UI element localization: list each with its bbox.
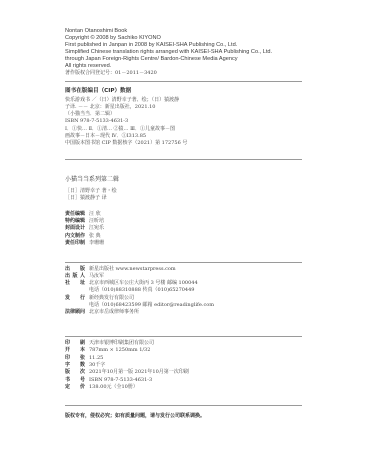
staff-value: 李珊珊 — [89, 240, 104, 246]
staff-value: 江宛乐 — [89, 225, 104, 231]
row-value: 北京市西城区车公庄大街丙 3 号楼 邮编 100044 — [89, 280, 198, 286]
printing-row: 开本787mm × 1250mm 1/32 — [65, 347, 150, 354]
cip-line: 画故事－日本－现代 Ⅳ．①I313.85 — [65, 133, 146, 140]
staff-label: 责任印制 — [65, 240, 89, 247]
cip-line: 子译. －－ 北京：新星出版社，2021.10 — [65, 104, 155, 111]
cip-line: ISBN 978-7-5133-4631-3 — [65, 118, 128, 125]
divider — [65, 336, 302, 337]
row-label: 印刷 — [65, 340, 85, 347]
row-value: 11.25 — [89, 355, 103, 361]
row-label: 开本 — [65, 347, 85, 354]
staff-row: 责任印制李珊珊 — [65, 240, 104, 247]
printing-row: 字数30千字 — [65, 362, 105, 369]
rights-notice: 版权专有，侵权必究；如有质量问题，请与发行公司联系调换。 — [65, 413, 205, 420]
row-label: 书号 — [65, 377, 85, 384]
staff-label: 封面设计 — [65, 225, 89, 232]
staff-label: 特约编辑 — [65, 218, 89, 225]
cip-line: Ⅰ．①快… Ⅱ．①清… ②猿… Ⅲ．①儿童故事－图 — [65, 126, 175, 133]
row-label: 出版 — [65, 266, 85, 273]
divider — [65, 405, 302, 406]
staff-row: 责任编辑汪 欣 — [65, 211, 101, 218]
divider — [65, 159, 302, 160]
row-value: 138.00元（全10册） — [89, 384, 138, 390]
staff-value: 汪昕培 — [89, 218, 104, 224]
row-label: 印张 — [65, 355, 85, 362]
printing-row: 定价138.00元（全10册） — [65, 384, 138, 391]
translator-credit: ［日］猿渡静子 译 — [65, 195, 107, 202]
staff-value: 张 典 — [89, 233, 101, 239]
contract-registration: 著作版权合同登记号：01－2011－3420 — [65, 70, 157, 77]
row-value: 电话（010)68423599 邮箱 editor@readinglife.co… — [89, 302, 214, 308]
cip-line: 快乐游戏书 ／（日）清野幸子著、绘；（日）猿渡静 — [65, 97, 179, 104]
row-label: 法律顾问 — [65, 309, 89, 316]
divider — [65, 262, 302, 263]
staff-label: 内文制作 — [65, 233, 89, 240]
row-value: 北京市岳成律师事务所 — [89, 309, 139, 315]
printing-row: 印刷天津市银博印刷集团有限公司 — [65, 340, 154, 347]
printing-row: 印张11.25 — [65, 355, 103, 362]
row-value: ISBN 978-7-5133-4631-3 — [89, 377, 152, 383]
row-value: 30千字 — [89, 362, 105, 368]
row-label: 版次 — [65, 369, 85, 376]
rights-reserved-line: All rights reserved. — [65, 63, 111, 70]
row-value: 新星出版社 www.newstarpress.com — [89, 266, 176, 272]
staff-row: 特约编辑汪昕培 — [65, 218, 104, 225]
agency-line: through Japan Foreign-Rights Centre/ Bar… — [65, 56, 238, 63]
row-label: 社址 — [65, 280, 85, 287]
series-title: 小猫当当系列第二辑 — [65, 176, 119, 183]
divider — [65, 81, 302, 82]
cip-heading: 图书在版编目（CIP）数据 — [65, 88, 131, 95]
row-label: 出版人 — [65, 273, 85, 280]
translation-rights-line: Simplified Chinese translation rights ar… — [65, 49, 272, 56]
first-published-line: First published in Janpan in 2008 by KAI… — [65, 42, 237, 49]
publisher-row: 发行新经典发行有限公司 — [65, 295, 134, 302]
row-value: 787mm × 1250mm 1/32 — [89, 347, 150, 353]
cip-line: 中国版本图书馆 CIP 数据核字（2021）第 172756 号 — [65, 140, 187, 147]
copyright-line: Copyright © 2008 by Sachiko KIYONO — [65, 35, 161, 42]
printing-row: 书号ISBN 978-7-5133-4631-3 — [65, 377, 152, 384]
author-credit: ［日］清野幸子 著・绘 — [65, 188, 117, 195]
row-value: 新经典发行有限公司 — [89, 295, 134, 301]
publisher-row: 电话（010)88310888 传真（010)65270449 — [65, 287, 194, 294]
row-label: 字数 — [65, 362, 85, 369]
cip-line: （小猫当当．第二辑） — [65, 111, 115, 118]
row-label: 发行 — [65, 295, 85, 302]
row-value: 马汝军 — [89, 273, 104, 279]
staff-value: 汪 欣 — [89, 211, 101, 217]
publisher-row: 社址北京市西城区车公庄大街丙 3 号楼 邮编 100044 — [65, 280, 198, 287]
publisher-row: 法律顾问北京市岳成律师事务所 — [65, 309, 139, 316]
row-value: 2021年10月第一版 2021年10月第一次印刷 — [89, 369, 189, 375]
row-value: 天津市银博印刷集团有限公司 — [89, 340, 154, 346]
printing-row: 版次2021年10月第一版 2021年10月第一次印刷 — [65, 369, 189, 376]
book-title-en: Nontan Otanoshimi Book — [65, 28, 127, 35]
row-value: 电话（010)88310888 传真（010)65270449 — [89, 287, 194, 293]
staff-label: 责任编辑 — [65, 211, 89, 218]
publisher-row: 出版新星出版社 www.newstarpress.com — [65, 266, 176, 273]
staff-row: 内文制作张 典 — [65, 233, 101, 240]
row-label: 定价 — [65, 384, 85, 391]
publisher-row: 出版人马汝军 — [65, 273, 104, 280]
staff-row: 封面设计江宛乐 — [65, 225, 104, 232]
publisher-row: 电话（010)68423599 邮箱 editor@readinglife.co… — [65, 302, 214, 309]
